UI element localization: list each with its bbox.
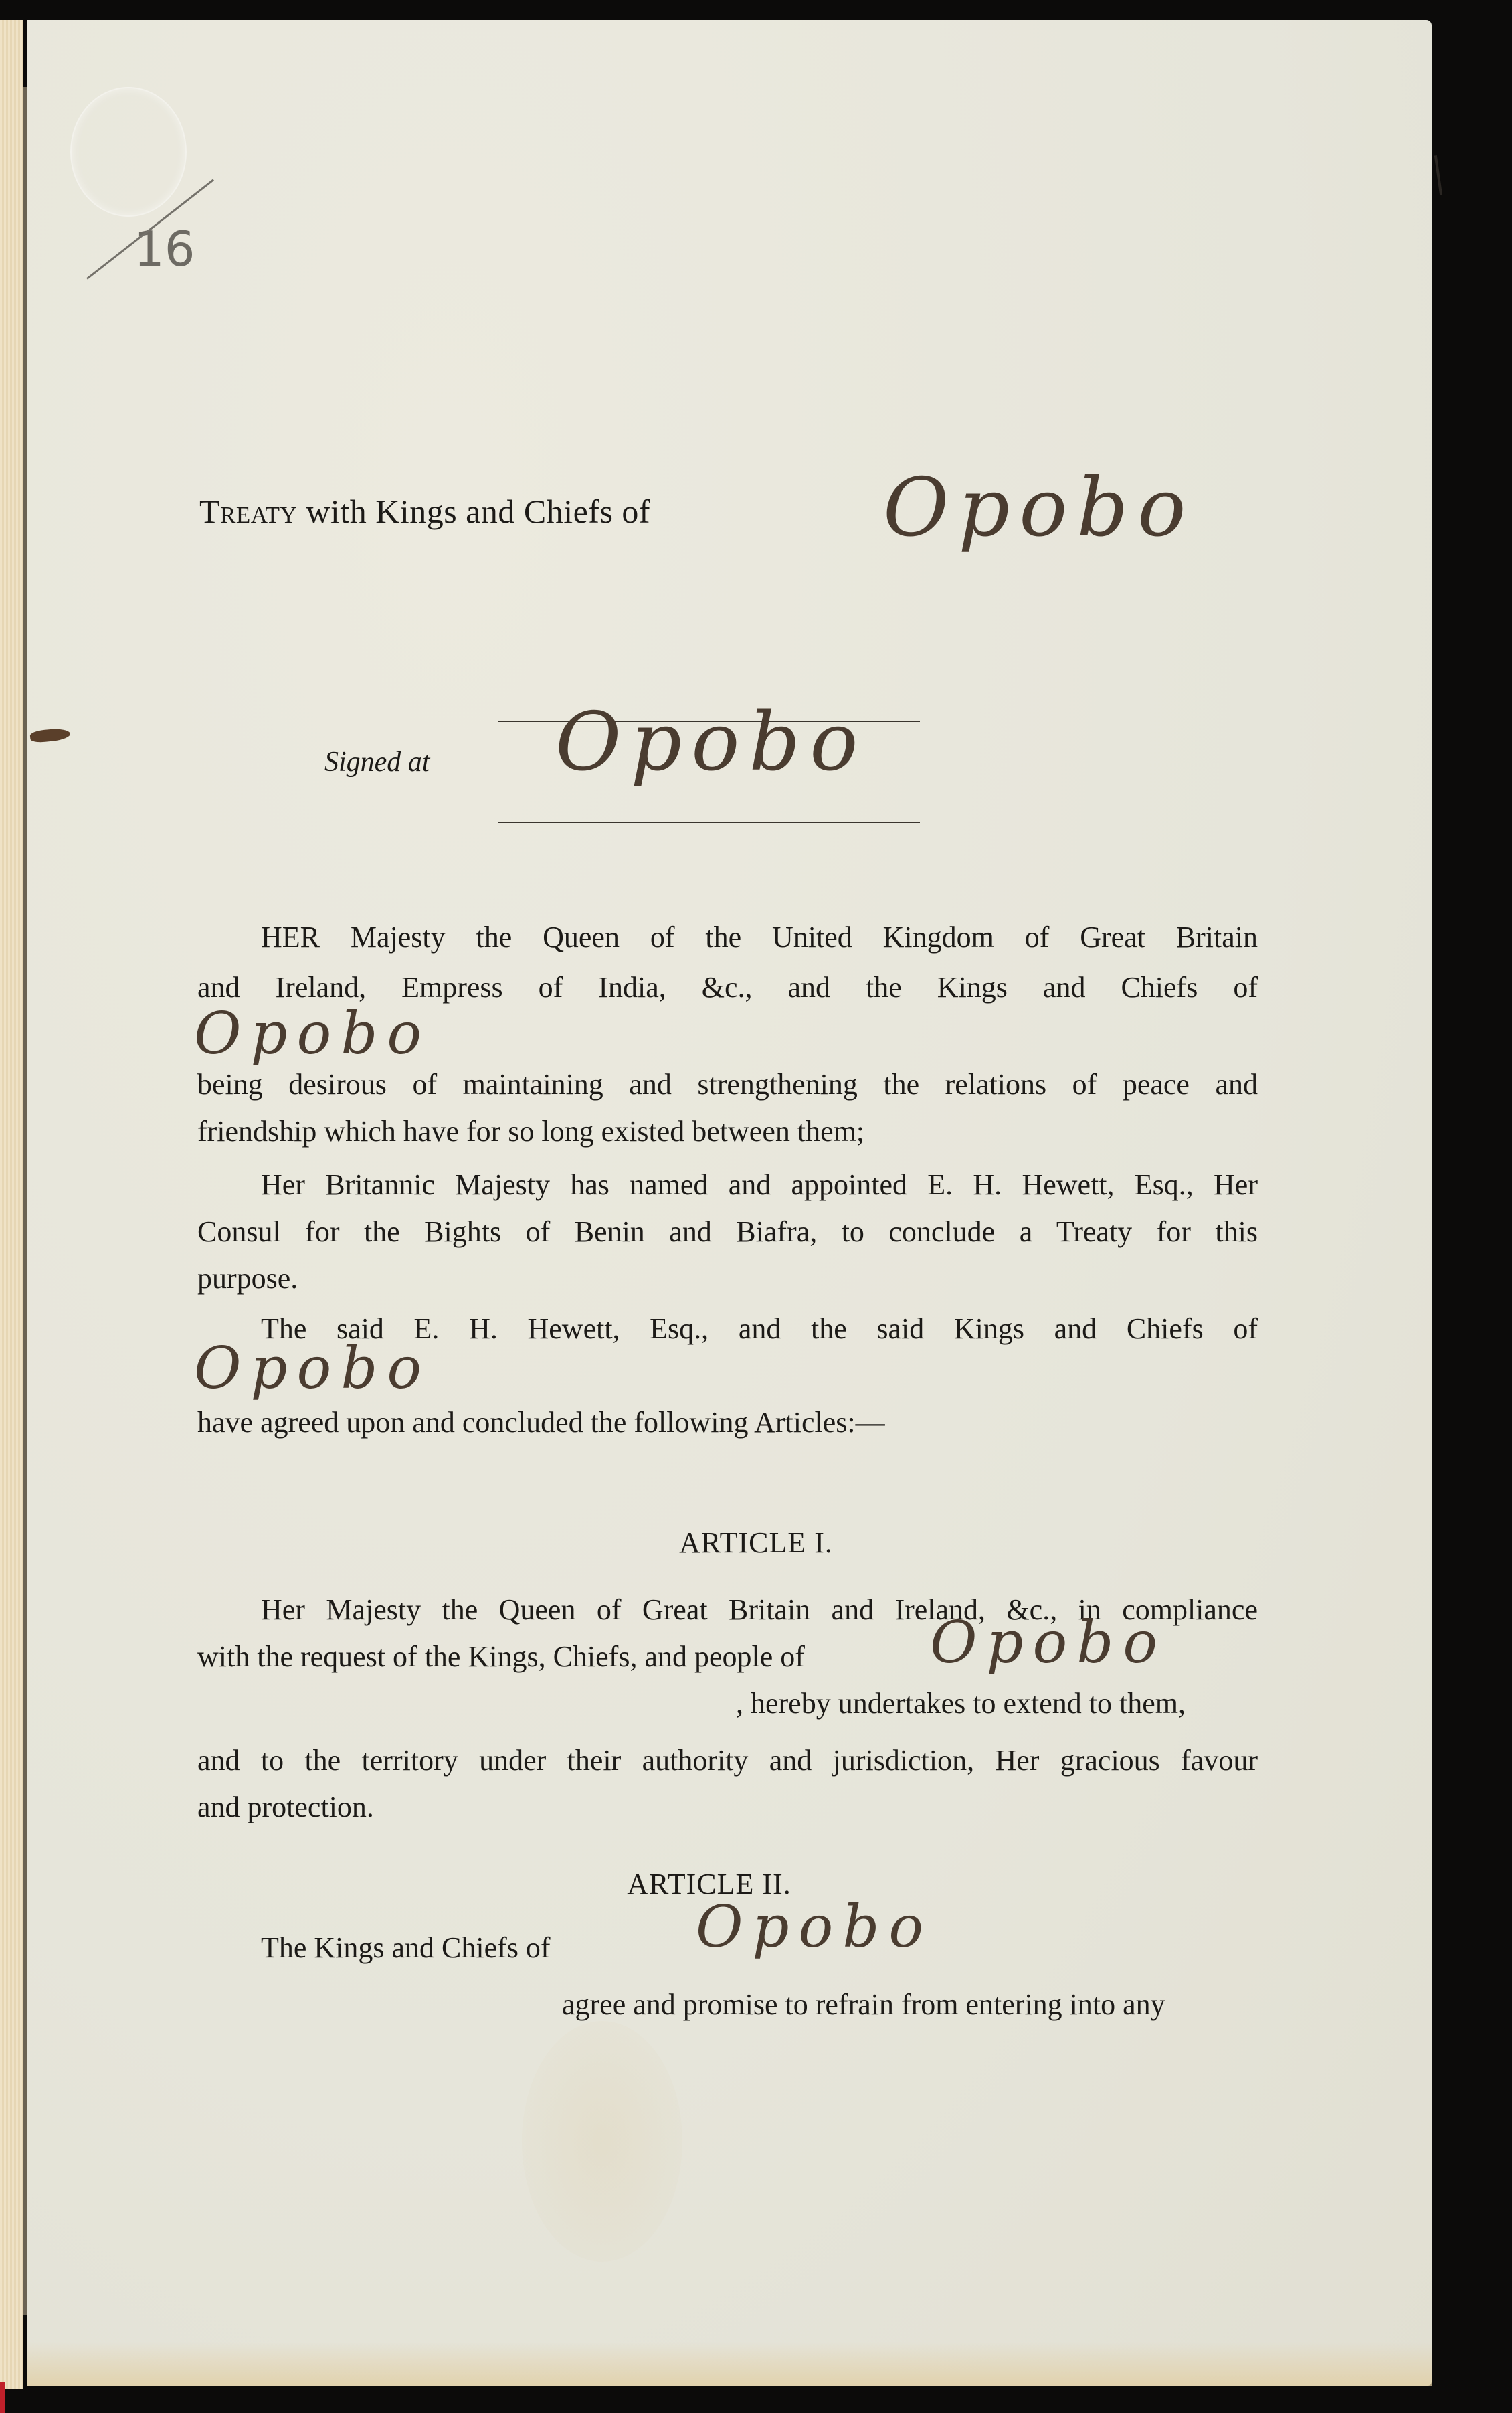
signed-at-label: Signed at — [324, 746, 430, 778]
article-1-line-5: and protection. — [197, 1783, 1258, 1831]
document-title: Treaty with Kings and Chiefs of — [199, 492, 650, 531]
signed-at-bottom-rule — [498, 822, 920, 823]
handwritten-place-preamble: Opobo — [194, 1000, 431, 1067]
preamble-p3-line-2: have agreed upon and concluded the follo… — [197, 1399, 1258, 1447]
preamble-p2-line-3: purpose. — [197, 1255, 1258, 1303]
preamble-line-3: being desirous of maintaining and streng… — [197, 1061, 1258, 1109]
handwritten-place-article-1-text: Opobo — [930, 1609, 1167, 1676]
handwritten-place-title: Opobo — [883, 462, 1196, 555]
article-2-line-1: The Kings and Chiefs of — [261, 1931, 551, 1965]
article-1-line-2: with the request of the Kings, Chiefs, a… — [197, 1633, 933, 1681]
folio-number: 16 — [134, 221, 195, 277]
handwritten-signed-at-place: Opobo — [555, 696, 868, 789]
article-1-heading: ARTICLE I. — [0, 1526, 1512, 1560]
handwritten-place-p3: Opobo — [194, 1335, 431, 1402]
embossed-seal-icon — [70, 87, 187, 217]
page-foot-discoloration — [27, 2342, 1432, 2386]
title-treaty: Treaty — [199, 493, 297, 530]
preamble-line-1: HER Majesty the Queen of the United King… — [197, 913, 1258, 962]
preamble-p2-line-1: Her Britannic Majesty has named and appo… — [197, 1161, 1258, 1209]
preamble-line-4: friendship which have for so long existe… — [197, 1107, 1258, 1156]
preamble-p2-line-2: Consul for the Bights of Benin and Biafr… — [197, 1208, 1258, 1256]
handwritten-place-article-2: Opobo — [696, 1894, 933, 1961]
article-1-line-4: and to the territory under their authori… — [197, 1736, 1258, 1785]
pen-mark — [1434, 155, 1442, 195]
paper-stain — [522, 2021, 682, 2262]
article-2-line-2: agree and promise to refrain from enteri… — [562, 1987, 1165, 2022]
title-rest: with Kings and Chiefs of — [297, 493, 650, 530]
binding-tape — [0, 20, 23, 2389]
red-binding-corner — [0, 2382, 5, 2413]
article-1-line-3: , hereby undertakes to extend to them, — [736, 1686, 1186, 1720]
